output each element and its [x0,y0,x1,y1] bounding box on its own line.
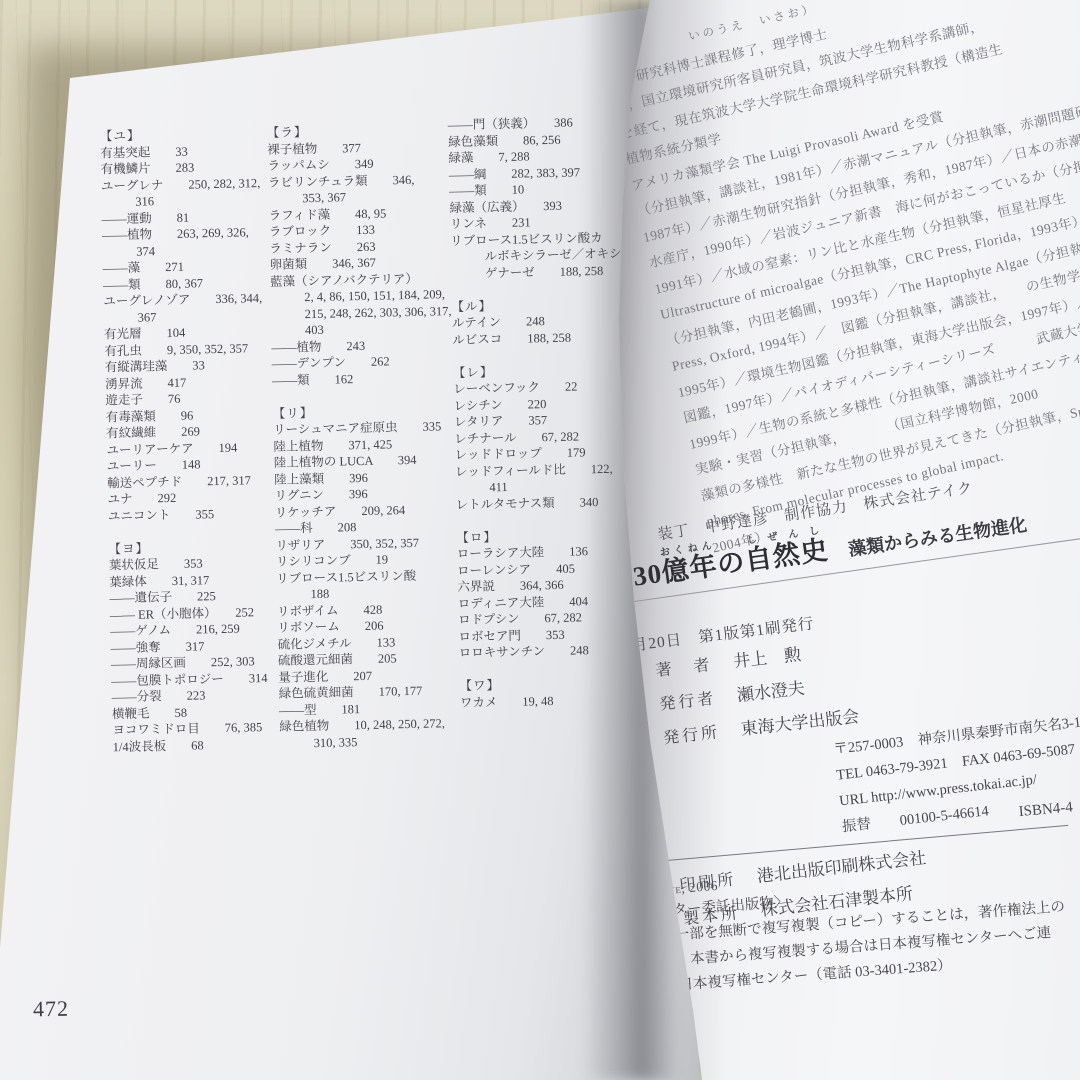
index-line: ——包膜トポロジー 314 [111,669,271,689]
index-line: 1/4波長板 68 [113,735,273,755]
index-line: ユーグレナ 250, 282, 312, [101,175,261,195]
index-line: ユーグレノゾア 336, 344, [103,290,263,310]
book-subtitle: 藻類からみる生物進化 [847,515,1028,560]
colophon-label [765,831,843,840]
index-line: ヨコワミドロ目 76, 385 [112,719,272,739]
index-line: ——植物 263, 269, 326, [102,224,262,244]
book-photo: 【ユ】有基突起 33有機鱗片 283ユーグレナ 250, 282, 312,31… [0,0,1080,1080]
index-column-2: 【ラ】裸子植物 377ラッパムシ 349ラビリンチュラ類 346,353, 36… [267,121,461,752]
index-column-1: 【ユ】有基突起 33有機鱗片 283ユーグレナ 250, 282, 312,31… [100,125,272,755]
page-number: 472 [33,996,69,1023]
colophon-value: 井上 勲 [732,645,802,671]
index-line: 輸送ペプチド 217, 317 [107,472,267,492]
title-shizenshi: 自然史しぜんし [743,535,830,576]
index-line: 有孔虫 9, 350, 352, 357 [104,340,264,360]
colophon-value: 東海大学出版会 [740,707,860,739]
index-line: —— ER（小胞体） 252 [110,603,270,623]
title-okunen: 億年おくねん [660,550,720,588]
colophon-label [757,754,835,763]
title-particle: の [715,546,747,580]
colophon-label [762,806,840,815]
colophon-label [759,780,837,789]
colophon-value: 瀬水澄夫 [736,679,806,705]
